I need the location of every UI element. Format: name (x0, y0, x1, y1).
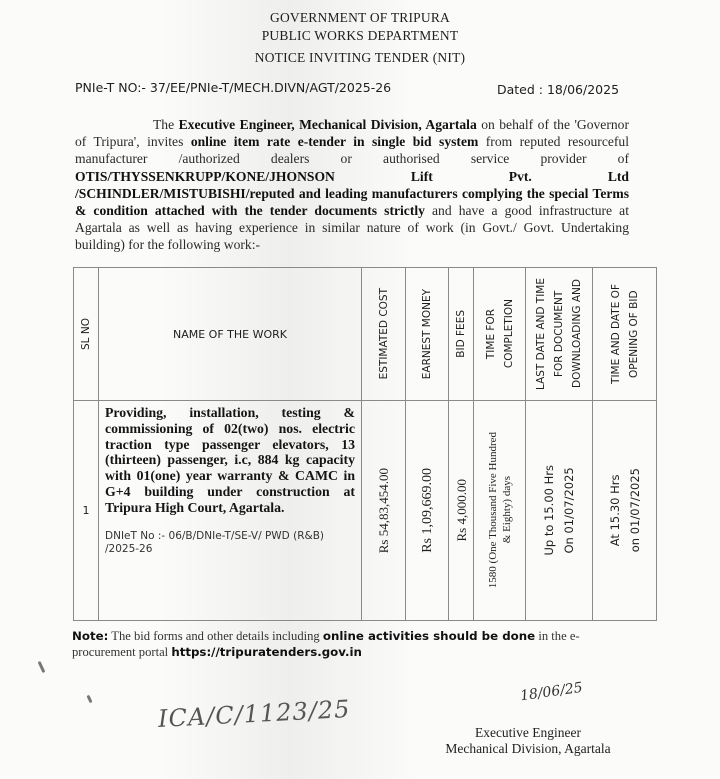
header-last-date-line-1: LAST DATE AND TIME (535, 278, 547, 390)
row-bid-fees: Rs 4,000.00 (449, 401, 474, 621)
department-title: PUBLIC WORKS DEPARTMENT (0, 28, 720, 44)
completion-line-1: 1580 (One Thousand Five Hundred (487, 432, 499, 588)
header-bid-fees-label: BID FEES (452, 310, 470, 358)
header-time-for-completion: TIME FORCOMPLETION (474, 268, 526, 401)
header-name-of-work: NAME OF THE WORK (99, 268, 362, 401)
scan-mark (38, 661, 46, 673)
estimated-cost-value: Rs 54,83,454.00 (375, 468, 392, 553)
header-estimated-cost: ESTIMATED COST (362, 268, 406, 401)
table-header-row: SL NO NAME OF THE WORK ESTIMATED COST EA… (74, 268, 657, 401)
row-opening: At 15.30 Hrson 01/07/2025 (593, 401, 657, 621)
last-date-line-1: Up to 15.00 Hrs (542, 465, 556, 556)
bid-fees-value: Rs 4,000.00 (453, 479, 470, 541)
intro-tender-type: online item rate e-tender in single bid … (191, 134, 479, 149)
tender-date: Dated : 18/06/2025 (497, 82, 619, 97)
header-opening-line-1: TIME AND DATE OF (610, 284, 622, 384)
intro-paragraph: The Executive Engineer, Mechanical Divis… (75, 116, 629, 254)
handwritten-reference: ICA/C/1123/25 (157, 695, 351, 733)
tender-table: SL NO NAME OF THE WORK ESTIMATED COST EA… (73, 267, 657, 621)
note-text-1: The bid forms and other details includin… (108, 629, 323, 643)
header-sl-no-label: SL NO (77, 318, 95, 350)
row-work-cell: Providing, installation, testing & commi… (99, 401, 362, 621)
intro-text-1: The (153, 117, 179, 132)
signatory-office: Mechanical Division, Agartala (428, 741, 628, 757)
header-last-date: LAST DATE AND TIMEFOR DOCUMENTDOWNLOADIN… (526, 268, 593, 401)
note-emphasis: online activities should be done (323, 629, 535, 643)
signatory-title: Executive Engineer (428, 725, 628, 741)
header-earnest-money: EARNEST MONEY (406, 268, 449, 401)
opening-value: At 15.30 Hrson 01/07/2025 (605, 468, 645, 552)
signature-scribble: 18/06/25 (519, 680, 584, 705)
scan-mark (86, 695, 92, 704)
completion-line-2: & Eighty) days (501, 477, 513, 544)
portal-link[interactable]: https://tripuratenders.gov.in (171, 645, 362, 659)
last-date-line-2: On 01/07/2025 (562, 467, 576, 553)
earnest-money-value: Rs 1,09,669.00 (419, 468, 436, 553)
header-time-line-2: COMPLETION (503, 299, 515, 368)
header-time-line-1: TIME FOR (485, 309, 497, 359)
header-sl-no: SL NO (74, 268, 99, 401)
row-earnest-money: Rs 1,09,669.00 (406, 401, 449, 621)
tender-reference-number: PNIe-T NO:- 37/EE/PNIe-T/MECH.DIVN/AGT/2… (75, 80, 391, 95)
header-earnest-money-label: EARNEST MONEY (418, 289, 436, 379)
notice-title: NOTICE INVITING TENDER (NIT) (0, 50, 720, 66)
row-sl-no: 1 (74, 401, 99, 621)
row-estimated-cost: Rs 54,83,454.00 (362, 401, 406, 621)
signatory-block: Executive Engineer Mechanical Division, … (428, 725, 628, 757)
row-last-date: Up to 15.00 HrsOn 01/07/2025 (526, 401, 593, 621)
header-opening-line-2: OPENING OF BID (628, 290, 640, 378)
govt-title: GOVERNMENT OF TRIPURA (0, 10, 720, 26)
header-time-for-completion-label: TIME FORCOMPLETION (482, 299, 518, 368)
header-last-date-line-3: DOWNLOADING AND (571, 280, 583, 389)
header-last-date-label: LAST DATE AND TIMEFOR DOCUMENTDOWNLOADIN… (532, 278, 586, 390)
note-label: Note: (72, 629, 108, 643)
work-description: Providing, installation, testing & commi… (105, 405, 355, 516)
last-date-value: Up to 15.00 HrsOn 01/07/2025 (539, 465, 579, 556)
header-last-date-line-2: FOR DOCUMENT (553, 291, 565, 377)
header-opening: TIME AND DATE OFOPENING OF BID (593, 268, 657, 401)
dniet-reference: DNIeT No :- 06/B/DNIe-T/SE-V/ PWD (R&B) … (105, 530, 355, 556)
header-bid-fees: BID FEES (449, 268, 474, 401)
header-opening-label: TIME AND DATE OFOPENING OF BID (607, 284, 643, 384)
intro-issuer: Executive Engineer, Mechanical Division,… (179, 117, 477, 132)
note-paragraph: Note: The bid forms and other details in… (72, 628, 632, 660)
time-for-completion-value: 1580 (One Thousand Five Hundred& Eighty)… (486, 432, 514, 588)
row-time-for-completion: 1580 (One Thousand Five Hundred& Eighty)… (474, 401, 526, 621)
opening-line-2: on 01/07/2025 (628, 468, 642, 552)
table-row: 1 Providing, installation, testing & com… (74, 401, 657, 621)
opening-line-1: At 15.30 Hrs (608, 475, 622, 547)
header-estimated-cost-label: ESTIMATED COST (375, 288, 393, 379)
